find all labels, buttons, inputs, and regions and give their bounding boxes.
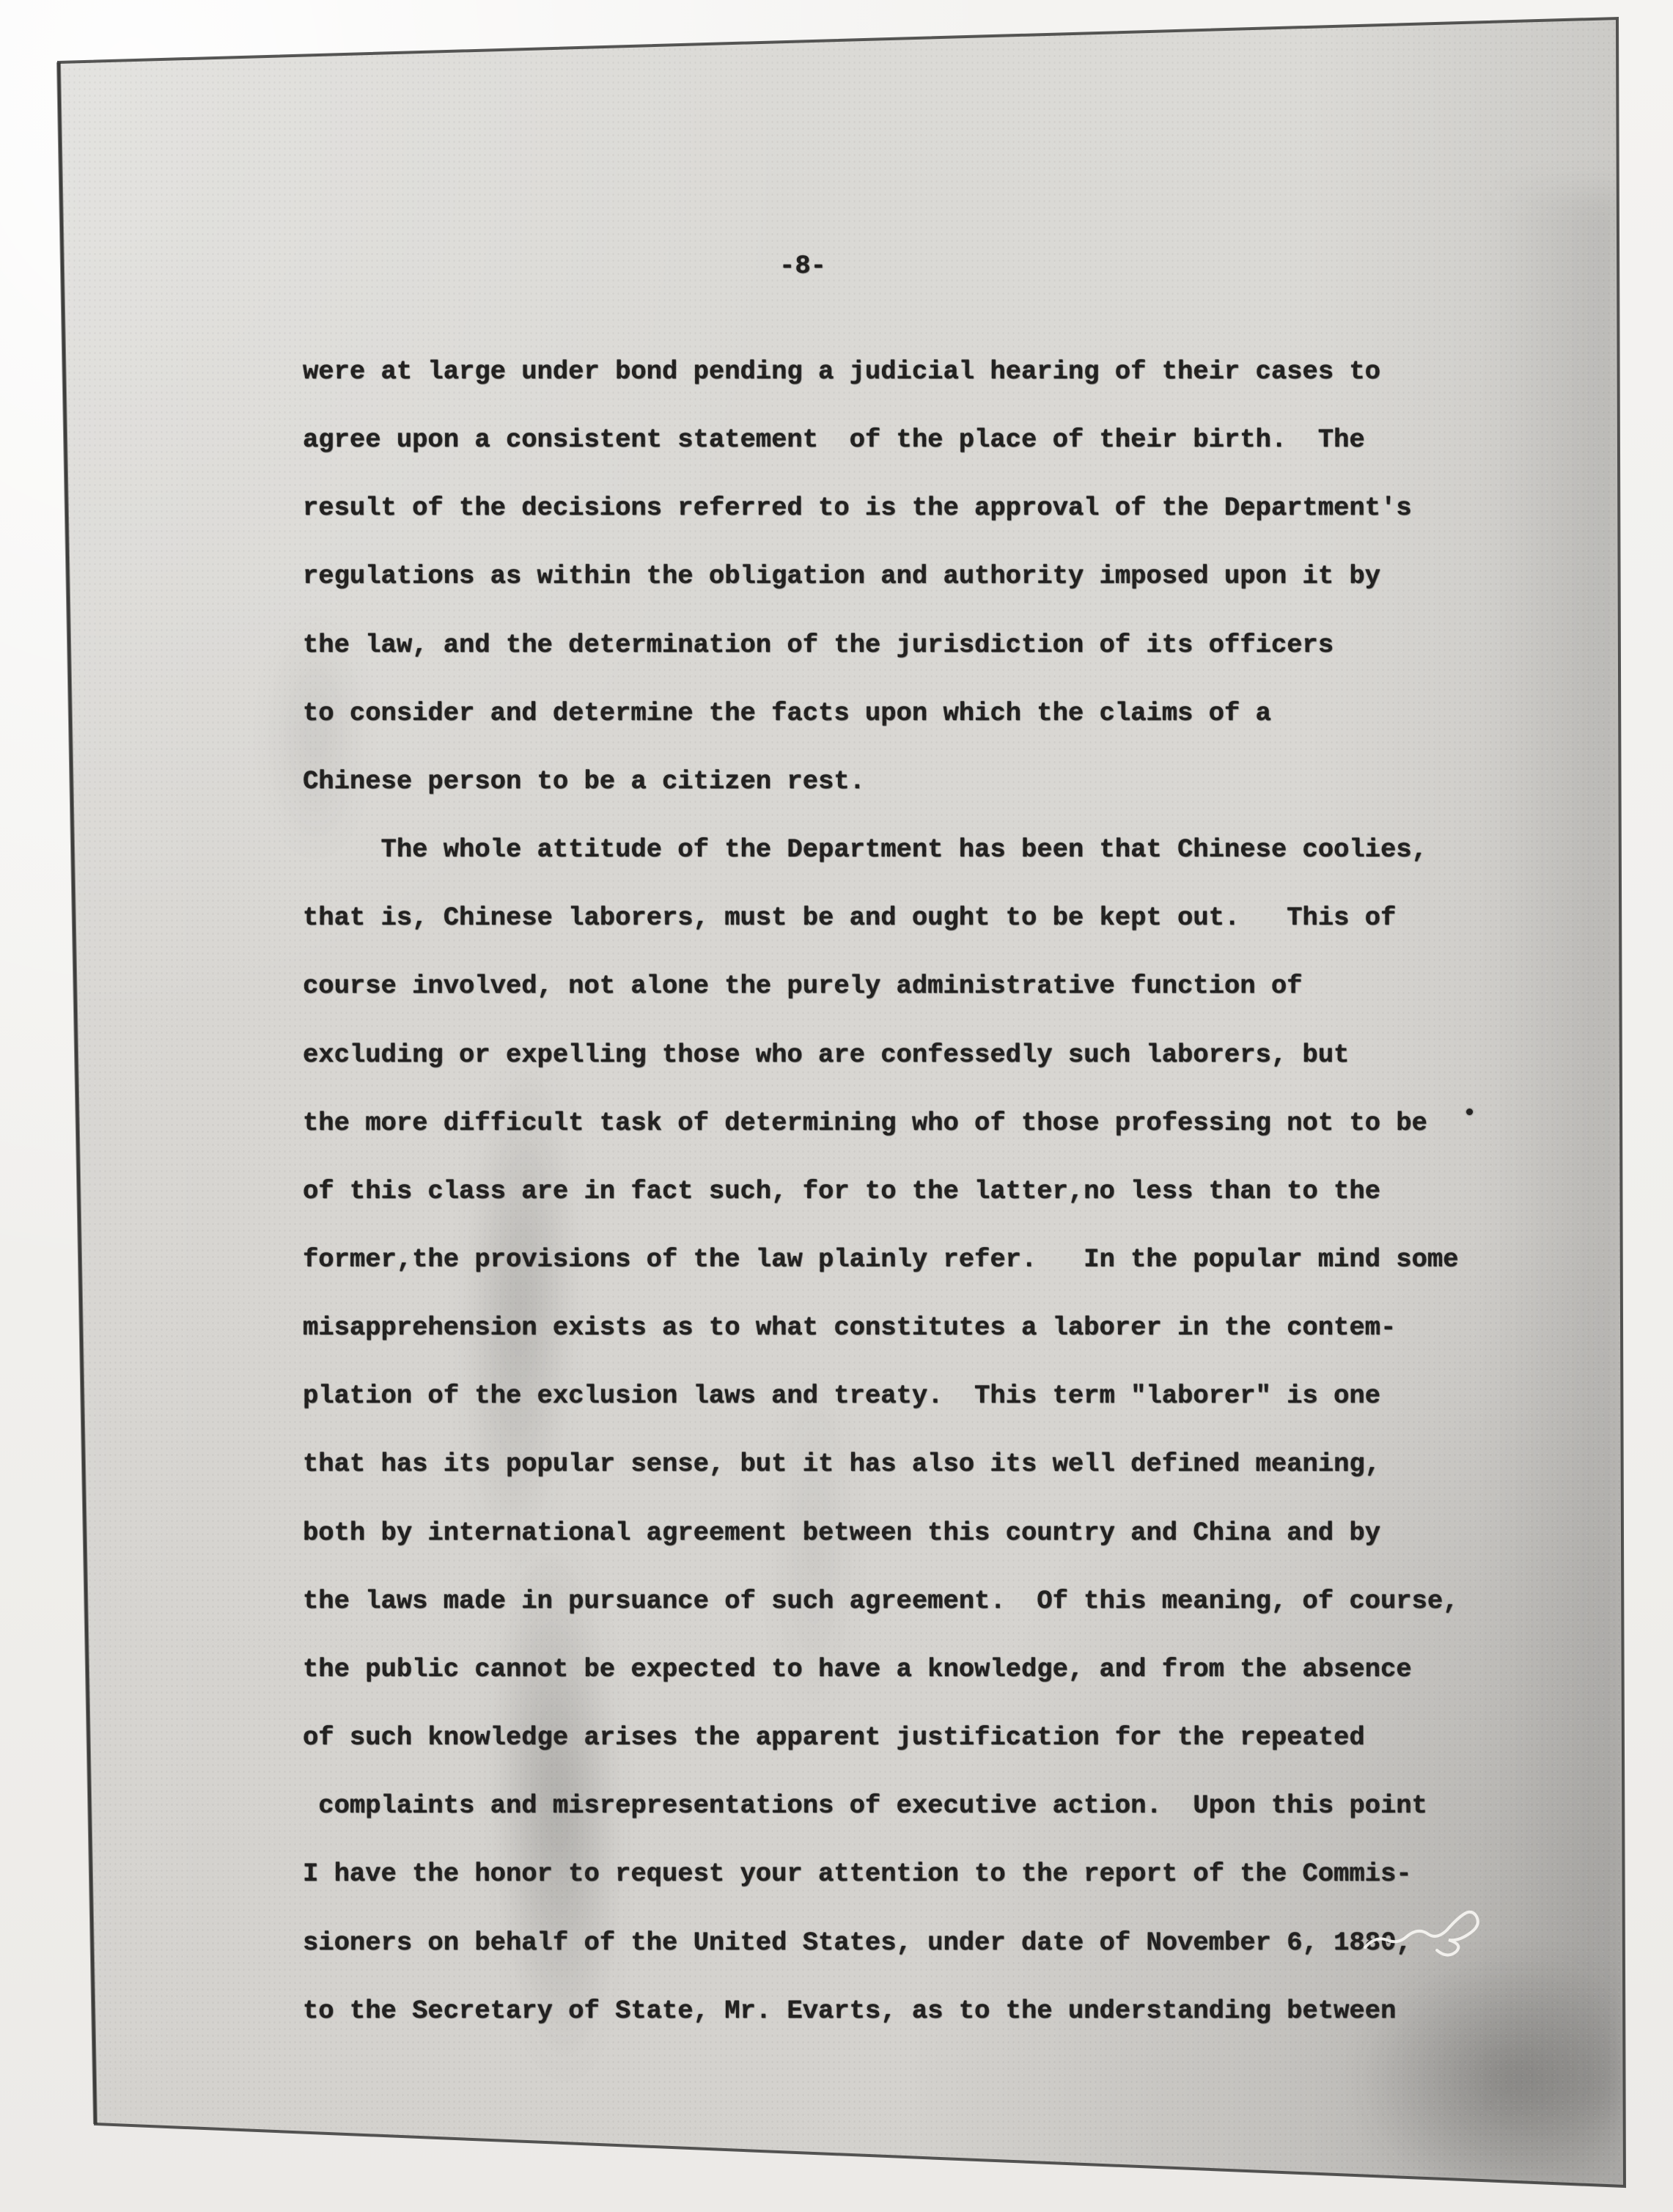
typed-line: the public cannot be expected to have a … xyxy=(303,1652,1412,1687)
typed-line: agree upon a consistent statement of the… xyxy=(303,422,1365,458)
typed-line: plation of the exclusion laws and treaty… xyxy=(303,1378,1380,1414)
typed-line: former,the provisions of the law plainly… xyxy=(303,1242,1458,1277)
typed-line: result of the decisions referred to is t… xyxy=(303,490,1412,526)
ink-dot xyxy=(1466,1109,1473,1115)
paper-sheet: -8- were at large under bond pending a j… xyxy=(0,0,1673,2212)
corner-shadow-smudge xyxy=(1356,1950,1620,2185)
typed-line: that is, Chinese laborers, must be and o… xyxy=(303,900,1396,936)
typed-line: The whole attitude of the Department has… xyxy=(303,832,1427,867)
typed-line: sioners on behalf of the United States, … xyxy=(303,1925,1412,1961)
typed-line: misapprehension exists as to what consti… xyxy=(303,1310,1396,1345)
typed-line: of this class are in fact such, for to t… xyxy=(303,1174,1380,1209)
typed-line: the law, and the determination of the ju… xyxy=(303,628,1334,663)
typed-line: the more difficult task of determining w… xyxy=(303,1106,1427,1141)
typed-line: I have the honor to request your attenti… xyxy=(303,1856,1412,1892)
typed-line: complaints and misrepresentations of exe… xyxy=(303,1788,1427,1823)
typed-line: regulations as within the obligation and… xyxy=(303,559,1380,594)
typed-line: course involved, not alone the purely ad… xyxy=(303,969,1302,1004)
typed-line: the laws made in pursuance of such agree… xyxy=(303,1584,1458,1619)
typed-line: to the Secretary of State, Mr. Evarts, a… xyxy=(303,1994,1396,2029)
typed-line: to consider and determine the facts upon… xyxy=(303,696,1271,731)
right-edge-shading xyxy=(1496,191,1628,2112)
typed-line: of such knowledge arises the apparent ju… xyxy=(303,1720,1365,1755)
typed-line: excluding or expelling those who are con… xyxy=(303,1037,1349,1073)
page-number: -8- xyxy=(762,249,843,284)
typed-line: that has its popular sense, but it has a… xyxy=(303,1447,1380,1482)
typed-line: both by international agreement between … xyxy=(303,1515,1380,1551)
typed-line: Chinese person to be a citizen rest. xyxy=(303,764,865,799)
typed-line: were at large under bond pending a judic… xyxy=(303,354,1380,389)
scanned-document-photo: -8- were at large under bond pending a j… xyxy=(0,0,1673,2212)
